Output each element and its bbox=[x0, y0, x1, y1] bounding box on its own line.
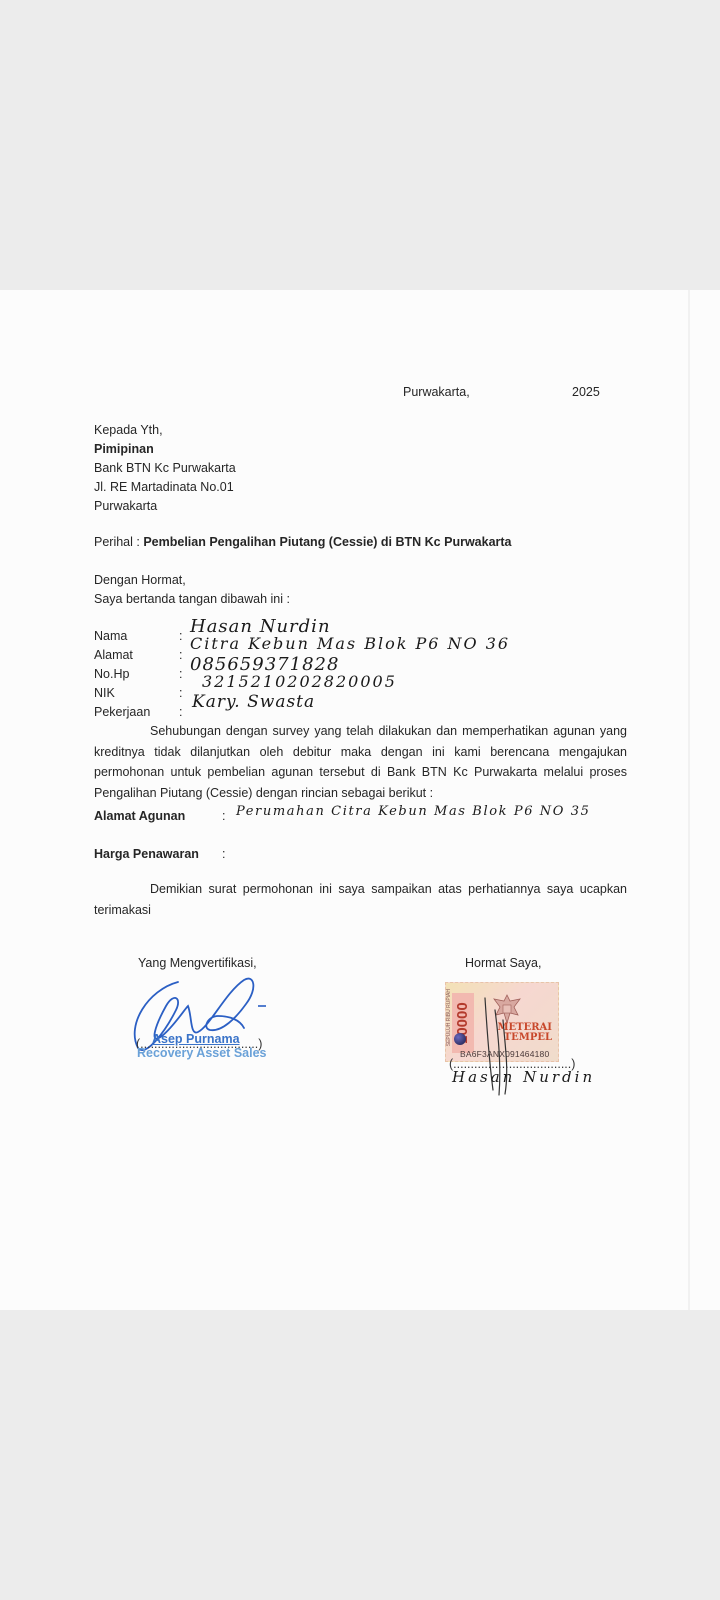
field-label-nohp: No.Hp bbox=[94, 666, 129, 683]
field-label-nama: Nama bbox=[94, 628, 127, 645]
body-paragraph-text: Sehubungan dengan survey yang telah dila… bbox=[94, 724, 627, 800]
field-label-nik: NIK bbox=[94, 685, 115, 702]
salutation: Dengan Hormat, bbox=[94, 572, 186, 589]
field-sep: : bbox=[179, 685, 182, 702]
intro-line: Saya bertanda tangan dibawah ini : bbox=[94, 591, 290, 608]
date-year: 2025 bbox=[572, 384, 600, 401]
subject-line: Perihal : Pembelian Pengalihan Piutang (… bbox=[94, 534, 512, 551]
field-label-alamat: Alamat bbox=[94, 647, 133, 664]
body-paragraph: Sehubungan dengan survey yang telah dila… bbox=[94, 721, 627, 803]
field-sep: : bbox=[179, 628, 182, 645]
subject-text: Pembelian Pengalihan Piutang (Cessie) di… bbox=[143, 535, 511, 549]
recipient-line: Purwakarta bbox=[94, 498, 157, 515]
closing-paragraph: Demikian surat permohonan ini saya sampa… bbox=[94, 879, 627, 920]
recipient-greeting: Kepada Yth, bbox=[94, 422, 163, 439]
detail-label-harga-penawaran: Harga Penawaran bbox=[94, 846, 199, 863]
field-sep: : bbox=[222, 808, 225, 825]
field-label-pekerjaan: Pekerjaan bbox=[94, 704, 150, 721]
field-value-alamat: Citra Kebun Mas Blok P6 NO 36 bbox=[190, 634, 510, 653]
field-sep: : bbox=[179, 647, 182, 664]
closing-paragraph-text: Demikian surat permohonan ini saya sampa… bbox=[94, 882, 627, 917]
field-sep: : bbox=[179, 666, 182, 683]
signature-right-signed-name: Hasan Nurdin bbox=[452, 1068, 595, 1086]
field-value-pekerjaan: Kary. Swasta bbox=[192, 692, 315, 712]
recipient-line: Jl. RE Martadinata No.01 bbox=[94, 479, 234, 496]
field-value-nik: 3215210202820005 bbox=[202, 672, 397, 691]
page-edge bbox=[688, 290, 690, 1310]
recipient-line: Bank BTN Kc Purwakarta bbox=[94, 460, 236, 477]
detail-label-alamat-agunan: Alamat Agunan bbox=[94, 808, 185, 825]
signature-right-heading: Hormat Saya, bbox=[465, 955, 541, 972]
field-sep: : bbox=[222, 846, 225, 863]
signature-left-name: Asep Purnama bbox=[152, 1032, 240, 1046]
place-city: Purwakarta, bbox=[403, 384, 470, 401]
subject-label: Perihal : bbox=[94, 535, 143, 549]
recipient-title: Pimipinan bbox=[94, 441, 154, 458]
field-sep: : bbox=[179, 704, 182, 721]
signature-left-role: Recovery Asset Sales bbox=[137, 1046, 266, 1060]
detail-value-alamat-agunan: Perumahan Citra Kebun Mas Blok P6 NO 35 bbox=[236, 804, 591, 819]
